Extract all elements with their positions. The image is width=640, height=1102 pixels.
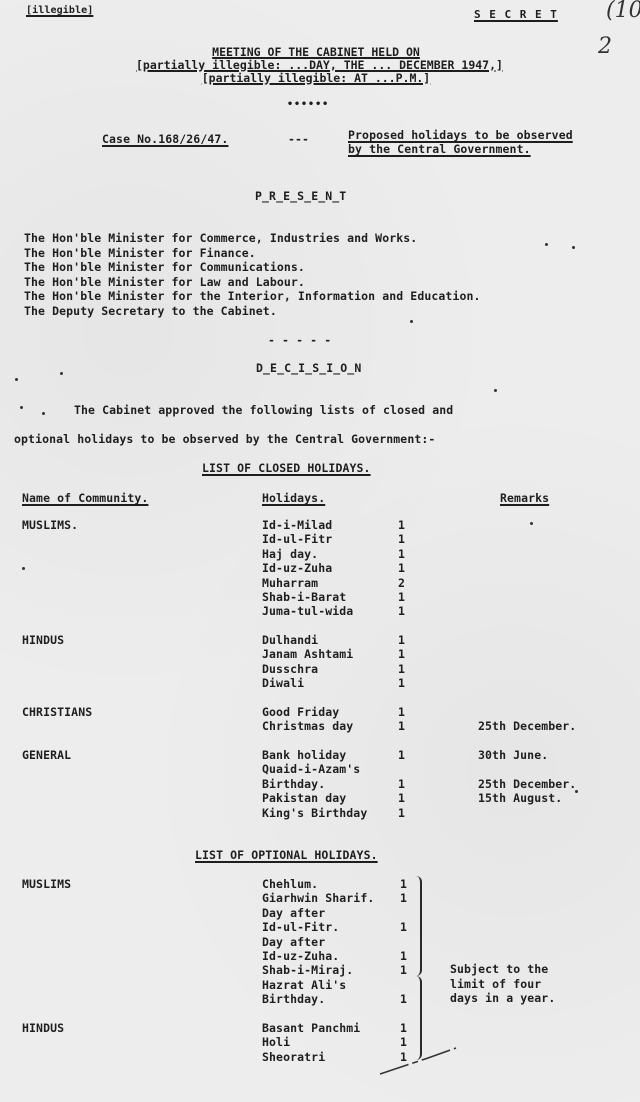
holiday-name: Dulhandi	[262, 633, 318, 647]
present-member: The Hon'ble Minister for the Interior, I…	[24, 289, 481, 303]
holiday-remark: 15th August.	[478, 791, 562, 805]
holiday-name: Diwali	[262, 676, 304, 690]
present-separator: - - - - -	[268, 333, 331, 347]
holiday-name: Id-i-Milad	[262, 518, 332, 532]
present-member: The Hon'ble Minister for Commerce, Indus…	[24, 231, 417, 245]
community-name: CHRISTIANS	[22, 705, 92, 719]
holiday-count: 1	[398, 633, 405, 647]
holiday-name: Quaid-i-Azam's	[262, 762, 360, 776]
column-header-holidays: Holidays.	[262, 491, 325, 505]
holiday-count: 2	[398, 576, 405, 590]
holiday-count: 1	[400, 891, 407, 905]
holiday-count: 1	[400, 949, 407, 963]
holiday-remark: 30th June.	[478, 748, 548, 762]
holiday-name: Id-ul-Fitr	[262, 532, 332, 546]
holiday-name: Id-uz-Zuha.	[262, 949, 339, 963]
holiday-name: Hazrat Ali's	[262, 978, 346, 992]
holiday-name: Basant Panchmi	[262, 1021, 360, 1035]
case-subject-line1: Proposed holidays to be observed	[348, 128, 573, 142]
holiday-name: Juma-tul-wida	[262, 604, 353, 618]
holiday-name: Giarhwin Sharif.	[262, 891, 374, 905]
holiday-count: 1	[398, 604, 405, 618]
holiday-name: Sheoratri	[262, 1050, 325, 1064]
column-header-community: Name of Community.	[22, 491, 148, 505]
community-name: HINDUS	[22, 633, 64, 647]
remark-line: limit of four	[450, 977, 541, 991]
holiday-name: Chehlum.	[262, 877, 318, 891]
holiday-count: 1	[398, 676, 405, 690]
case-number: Case No.168/26/47.	[102, 132, 228, 146]
holiday-count: 1	[400, 877, 407, 891]
pen-stroke	[370, 1040, 460, 1080]
holiday-name: Birthday.	[262, 777, 325, 791]
holiday-name: Dusschra	[262, 662, 318, 676]
holiday-count: 1	[398, 532, 405, 546]
title-separator: ••••••	[287, 98, 329, 112]
holiday-name: Shab-i-Barat	[262, 590, 346, 604]
holiday-count: 1	[400, 992, 407, 1006]
holiday-name: Janam Ashtami	[262, 647, 353, 661]
remark-line: days in a year.	[450, 991, 555, 1005]
holiday-count: 1	[398, 547, 405, 561]
holiday-count: 1	[398, 590, 405, 604]
holiday-count: 1	[398, 561, 405, 575]
handwritten-reference: (10	[606, 0, 640, 23]
handwritten-page-number: 2	[598, 34, 612, 59]
holiday-name: Id-ul-Fitr.	[262, 920, 339, 934]
classification-left: [illegible]	[26, 4, 93, 18]
community-name: HINDUS	[22, 1021, 64, 1035]
holiday-name: Muharram	[262, 576, 318, 590]
holiday-count: 1	[400, 963, 407, 977]
holiday-name: King's Birthday	[262, 806, 367, 820]
holiday-name: Bank holiday	[262, 748, 346, 762]
community-name: MUSLIMS	[22, 877, 71, 891]
holiday-count: 1	[398, 662, 405, 676]
present-heading: P_R_E_S_E_N_T	[255, 189, 346, 203]
holiday-name: Birthday.	[262, 992, 325, 1006]
holiday-name: Christmas day	[262, 719, 353, 733]
present-member: The Deputy Secretary to the Cabinet.	[24, 304, 277, 318]
case-subject-line2: by the Central Government.	[348, 142, 531, 156]
holiday-name: Id-uz-Zuha	[262, 561, 332, 575]
holiday-remark: 25th December.	[478, 719, 576, 733]
holiday-count: 1	[398, 777, 405, 791]
present-member: The Hon'ble Minister for Finance.	[24, 246, 256, 260]
holiday-name: Shab-i-Miraj.	[262, 963, 353, 977]
holiday-count: 1	[398, 748, 405, 762]
brace-upper	[412, 876, 422, 976]
holiday-remark: 25th December.	[478, 777, 576, 791]
closed-holidays-heading: LIST OF CLOSED HOLIDAYS.	[202, 461, 371, 475]
holiday-count: 1	[398, 518, 405, 532]
holiday-name: Holi	[262, 1035, 290, 1049]
holiday-count: 1	[400, 1021, 407, 1035]
holiday-count: 1	[398, 791, 405, 805]
meeting-title-line3: [partially illegible: AT ...P.M.]	[136, 72, 496, 85]
holiday-count: 1	[398, 719, 405, 733]
holiday-name: Pakistan day	[262, 791, 346, 805]
holiday-count: 1	[400, 920, 407, 934]
holiday-count: 1	[398, 806, 405, 820]
community-name: MUSLIMS.	[22, 518, 78, 532]
optional-holidays-heading: LIST OF OPTIONAL HOLIDAYS.	[195, 848, 378, 862]
secret-marking: S E C R E T	[474, 8, 558, 22]
holiday-name: Haj day.	[262, 547, 318, 561]
decision-text-line2: optional holidays to be observed by the …	[14, 432, 435, 446]
present-member: The Hon'ble Minister for Law and Labour.	[24, 275, 305, 289]
remark-line: Subject to the	[450, 962, 548, 976]
present-member: The Hon'ble Minister for Communications.	[24, 260, 305, 274]
community-name: GENERAL	[22, 748, 71, 762]
holiday-name: Day after	[262, 935, 325, 949]
holiday-name: Day after	[262, 906, 325, 920]
holiday-count: 1	[398, 647, 405, 661]
holiday-count: 1	[398, 705, 405, 719]
decision-heading: D_E_C_I_S_I_O_N	[256, 361, 361, 375]
decision-text-line1: The Cabinet approved the following lists…	[74, 403, 453, 417]
column-header-remarks: Remarks	[500, 491, 549, 505]
holiday-name: Good Friday	[262, 705, 339, 719]
case-dash: ---	[288, 132, 309, 146]
document-page: [illegible] S E C R E T (10 2 MEETING OF…	[0, 0, 640, 1102]
